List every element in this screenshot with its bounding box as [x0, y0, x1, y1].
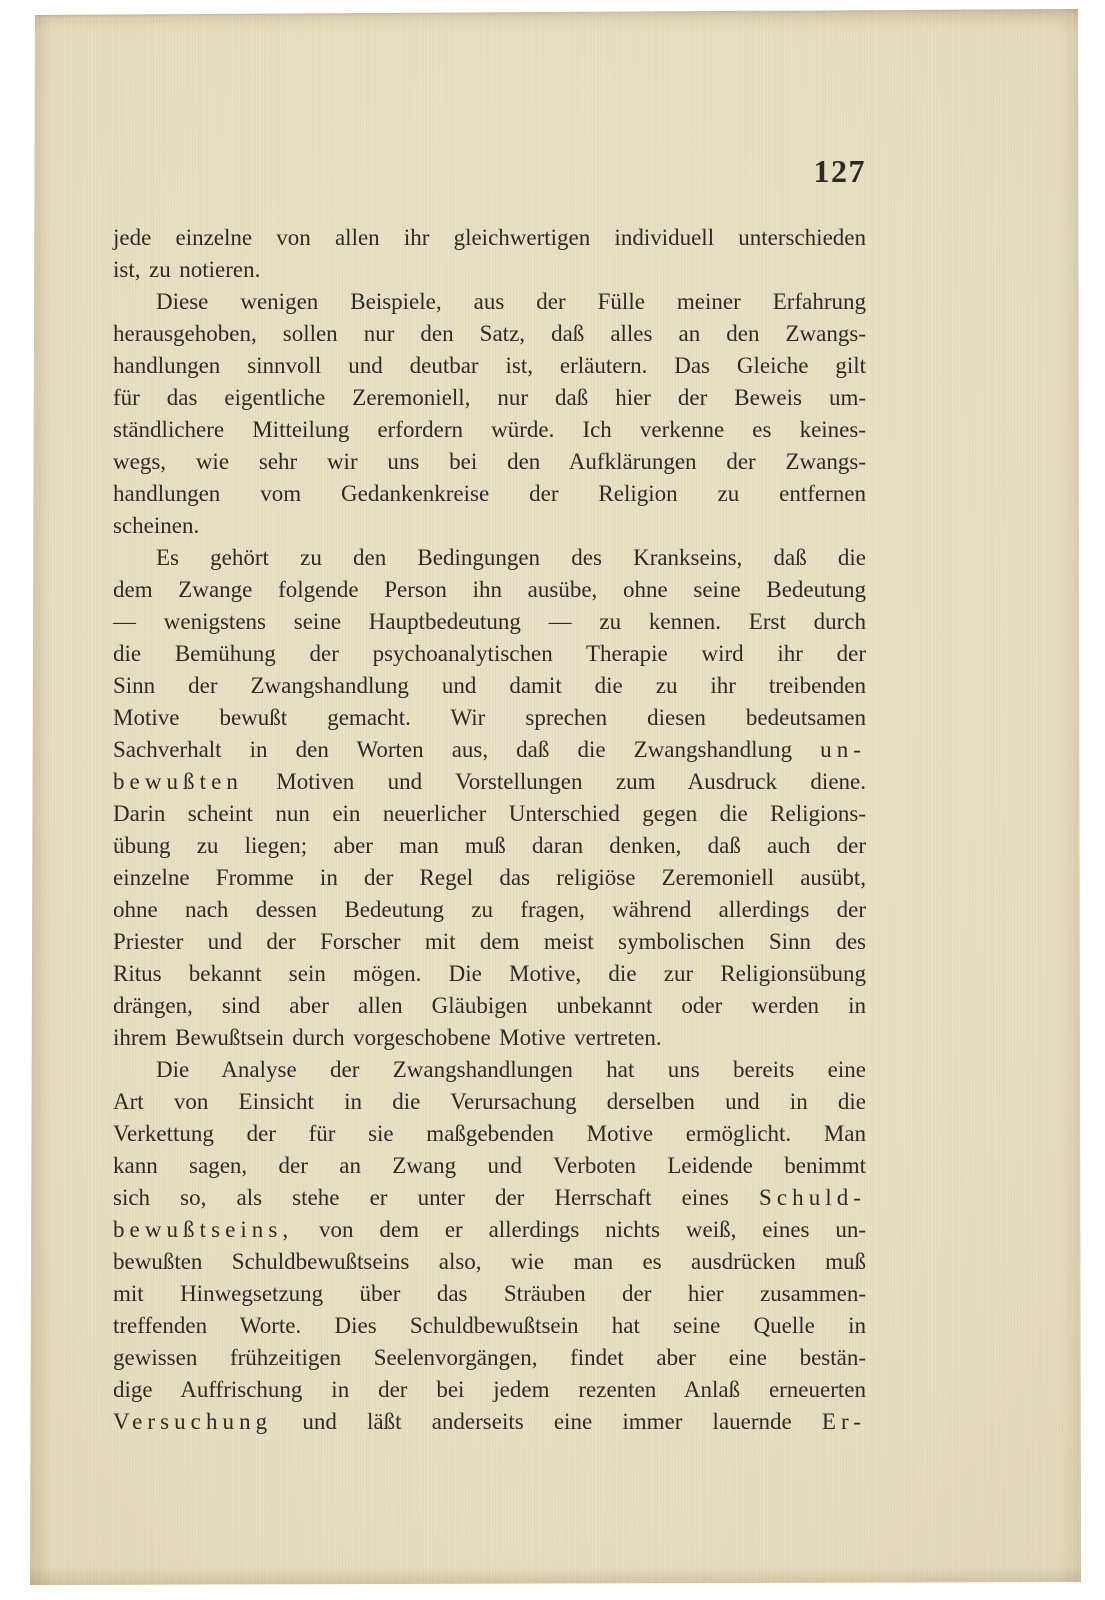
text-line: bewußten Schuldbewußtseins also, wie man…: [113, 1246, 866, 1278]
emphasized-spaced-text: un-: [820, 737, 866, 762]
text-line: scheinen.: [113, 510, 866, 542]
text-segment: drängen, sind aber allen Gläubigen unbek…: [113, 993, 866, 1018]
text-line: bewußten Motiven und Vorstellungen zum A…: [113, 766, 866, 798]
text-segment: einzelne Fromme in der Regel das religiö…: [113, 865, 866, 890]
page-paper: 127 jede einzelne von allen ihr gleichwe…: [0, 0, 1105, 1600]
text-block: jede einzelne von allen ihr gleichwertig…: [113, 222, 866, 1438]
paragraph: Diese wenigen Beispiele, aus der Fülle m…: [113, 286, 866, 542]
text-line: einzelne Fromme in der Regel das religiö…: [113, 862, 866, 894]
text-line: Diese wenigen Beispiele, aus der Fülle m…: [113, 286, 866, 318]
text-segment: Diese wenigen Beispiele, aus der Fülle m…: [156, 289, 866, 314]
text-segment: gewissen frühzeitigen Seelenvorgängen, f…: [113, 1345, 866, 1370]
text-segment: und läßt anderseits eine immer lauernde: [272, 1409, 822, 1434]
text-line: dem Zwange folgende Person ihn ausübe, o…: [113, 574, 866, 606]
text-segment: Priester und der Forscher mit dem meist …: [113, 929, 866, 954]
text-segment: Art von Einsicht in die Verursachung der…: [113, 1089, 866, 1114]
text-line: herausgehoben, sollen nur den Satz, daß …: [113, 318, 866, 350]
text-segment: bewußten Schuldbewußtseins also, wie man…: [113, 1249, 866, 1274]
text-line: ohne nach dessen Bedeutung zu fragen, wä…: [113, 894, 866, 926]
text-segment: dem Zwange folgende Person ihn ausübe, o…: [113, 577, 866, 602]
text-line: handlungen vom Gedankenkreise der Religi…: [113, 478, 866, 510]
text-segment: übung zu liegen; aber man muß daran denk…: [113, 833, 866, 858]
text-line: handlungen sinnvoll und deutbar ist, erl…: [113, 350, 866, 382]
text-line: mit Hinwegsetzung über das Sträuben der …: [113, 1278, 866, 1310]
text-segment: mit Hinwegsetzung über das Sträuben der …: [113, 1281, 866, 1306]
text-line: bewußtseins, von dem er allerdings nicht…: [113, 1214, 866, 1246]
text-segment: ihrem Bewußtsein durch vorgeschobene Mot…: [113, 1025, 662, 1050]
emphasized-spaced-text: bewußtseins,: [113, 1217, 293, 1242]
text-segment: Es gehört zu den Bedingungen des Krankse…: [156, 545, 866, 570]
text-line: Motive bewußt gemacht. Wir sprechen dies…: [113, 702, 866, 734]
text-segment: dige Auffrischung in der bei jedem rezen…: [113, 1377, 866, 1402]
text-segment: kann sagen, der an Zwang und Verboten Le…: [113, 1153, 866, 1178]
page-number: 127: [113, 155, 866, 187]
paragraph: Die Analyse der Zwangshandlungen hat uns…: [113, 1054, 866, 1438]
text-segment: Motive bewußt gemacht. Wir sprechen dies…: [113, 705, 866, 730]
text-segment: Motiven und Vorstellungen zum Ausdruck d…: [243, 769, 866, 794]
text-line: Priester und der Forscher mit dem meist …: [113, 926, 866, 958]
text-segment: Darin scheint nun ein neuerlicher Unters…: [113, 801, 866, 826]
text-line: kann sagen, der an Zwang und Verboten Le…: [113, 1150, 866, 1182]
text-segment: Ritus bekannt sein mögen. Die Motive, di…: [113, 961, 866, 986]
text-line: ständlichere Mitteilung erfordern würde.…: [113, 414, 866, 446]
text-segment: Verkettung der für sie maßgebenden Motiv…: [113, 1121, 866, 1146]
text-segment: die Bemühung der psychoanalytischen Ther…: [113, 641, 866, 666]
paragraph: jede einzelne von allen ihr gleichwertig…: [113, 222, 866, 286]
text-line: ist, zu notieren.: [113, 254, 866, 286]
text-line: Die Analyse der Zwangshandlungen hat uns…: [113, 1054, 866, 1086]
text-segment: Die Analyse der Zwangshandlungen hat uns…: [156, 1057, 866, 1082]
text-line: Verkettung der für sie maßgebenden Motiv…: [113, 1118, 866, 1150]
text-line: Sinn der Zwangshandlung und damit die zu…: [113, 670, 866, 702]
text-line: Sachverhalt in den Worten aus, daß die Z…: [113, 734, 866, 766]
text-line: jede einzelne von allen ihr gleichwertig…: [113, 222, 866, 254]
text-segment: Sachverhalt in den Worten aus, daß die Z…: [113, 737, 820, 762]
text-segment: von dem er allerdings nichts weiß, eines…: [293, 1217, 866, 1242]
text-line: gewissen frühzeitigen Seelenvorgängen, f…: [113, 1342, 866, 1374]
text-line: übung zu liegen; aber man muß daran denk…: [113, 830, 866, 862]
text-segment: scheinen.: [113, 513, 199, 538]
emphasized-spaced-text: Schuld-: [759, 1185, 866, 1210]
text-line: Ritus bekannt sein mögen. Die Motive, di…: [113, 958, 866, 990]
text-line: dige Auffrischung in der bei jedem rezen…: [113, 1374, 866, 1406]
text-line: ihrem Bewußtsein durch vorgeschobene Mot…: [113, 1022, 866, 1054]
emphasized-spaced-text: bewußten: [113, 769, 243, 794]
text-segment: für das eigentliche Zeremoniell, nur daß…: [113, 385, 866, 410]
text-segment: ist, zu notieren.: [113, 257, 260, 282]
text-line: die Bemühung der psychoanalytischen Ther…: [113, 638, 866, 670]
text-line: Darin scheint nun ein neuerlicher Unters…: [113, 798, 866, 830]
scan-background: { "page": { "number": "127", "paper_colo…: [0, 0, 1105, 1600]
text-line: — wenigstens seine Hauptbedeutung — zu k…: [113, 606, 866, 638]
text-segment: jede einzelne von allen ihr gleichwertig…: [113, 225, 866, 250]
text-segment: handlungen sinnvoll und deutbar ist, erl…: [113, 353, 866, 378]
text-line: wegs, wie sehr wir uns bei den Aufklärun…: [113, 446, 866, 478]
text-segment: wegs, wie sehr wir uns bei den Aufklärun…: [113, 449, 866, 474]
text-line: treffenden Worte. Dies Schuldbewußtsein …: [113, 1310, 866, 1342]
emphasized-spaced-text: Versuchung: [113, 1409, 272, 1434]
text-line: Es gehört zu den Bedingungen des Krankse…: [113, 542, 866, 574]
text-segment: Sinn der Zwangshandlung und damit die zu…: [113, 673, 866, 698]
text-segment: — wenigstens seine Hauptbedeutung — zu k…: [113, 609, 866, 634]
text-line: Versuchung und läßt anderseits eine imme…: [113, 1406, 866, 1438]
text-segment: herausgehoben, sollen nur den Satz, daß …: [113, 321, 866, 346]
text-line: Art von Einsicht in die Verursachung der…: [113, 1086, 866, 1118]
text-line: sich so, als stehe er unter der Herrscha…: [113, 1182, 866, 1214]
text-segment: ständlichere Mitteilung erfordern würde.…: [113, 417, 866, 442]
text-line: drängen, sind aber allen Gläubigen unbek…: [113, 990, 866, 1022]
text-segment: handlungen vom Gedankenkreise der Religi…: [113, 481, 866, 506]
paragraph: Es gehört zu den Bedingungen des Krankse…: [113, 542, 866, 1054]
text-segment: ohne nach dessen Bedeutung zu fragen, wä…: [113, 897, 866, 922]
paper-top-edge-shadow: [32, 4, 1076, 15]
text-segment: treffenden Worte. Dies Schuldbewußtsein …: [113, 1313, 866, 1338]
text-line: für das eigentliche Zeremoniell, nur daß…: [113, 382, 866, 414]
text-segment: sich so, als stehe er unter der Herrscha…: [113, 1185, 759, 1210]
emphasized-spaced-text: Er-: [822, 1409, 866, 1434]
